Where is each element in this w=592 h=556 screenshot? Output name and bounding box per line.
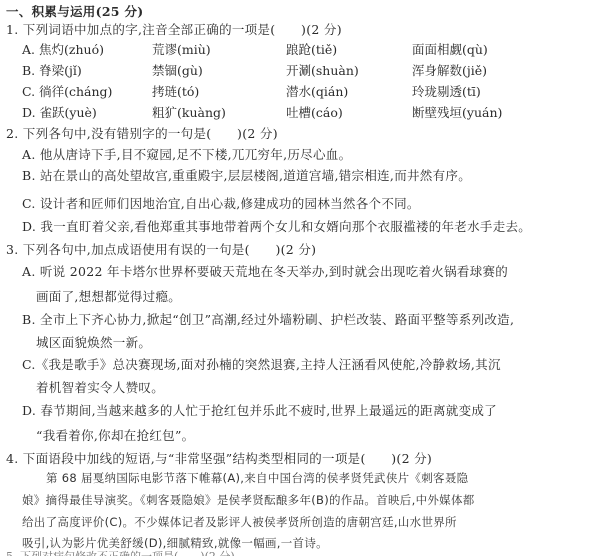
- q3-option-d-cont: “我看着你,你却在抢红包”。: [36, 426, 194, 444]
- exam-page: 一、积累与运用(25 分) 1. 下列词语中加点的字,注音全部正确的一项是( )…: [0, 0, 592, 556]
- q3-option-a-cont: 画面了,想想都觉得过瘾。: [36, 287, 181, 305]
- q3-option-a: A. 听说 2022 年卡塔尔世界杯要破天荒地在冬天举办,到时就会出现吃着火锅看…: [22, 262, 508, 280]
- q3-option-c: C.《我是歌手》总决赛现场,面对孙楠的突然退赛,主持人汪涵看风使舵,冷静救场,其…: [22, 355, 501, 373]
- q1-option-d: D. 雀跃(yuè) 粗犷(kuàng) 吐槽(cáo) 断壁残垣(yuán): [22, 103, 582, 121]
- q4-passage-line: 第 68 届戛纳国际电影节落下帷幕(A),来自中国台湾的侯孝贤凭武侠片《刺客聂隐: [46, 470, 468, 486]
- q3-option-c-cont: 着机智着实令人赞叹。: [36, 378, 164, 396]
- q2-stem: 2. 下列各句中,没有错别字的一句是( )(2 分): [6, 124, 278, 142]
- q2-option-c: C. 设计者和匠师们因地治宜,自出心裁,修建成功的园林当然各个不同。: [22, 194, 420, 212]
- q1-option-a: A. 焦灼(zhuó) 荒谬(miù) 踉跄(tiě) 面面相觑(qù): [22, 40, 582, 58]
- q1-stem: 1. 下列词语中加点的字,注音全部正确的一项是( )(2 分): [6, 20, 342, 38]
- q4-stem: 4. 下面语段中加线的短语,与“非常坚强”结构类型相同的一项是( )(2 分): [6, 449, 432, 467]
- section-title: 一、积累与运用(25 分): [6, 2, 143, 20]
- q2-option-b: B. 站在景山的高处望故宫,重重殿宇,层层楼阁,道道宫墙,错宗相连,而井然有序。: [22, 166, 471, 184]
- q3-option-b: B. 全市上下齐心协力,掀起“创卫”高潮,经过外墙粉刷、护栏改装、路面平整等系列…: [22, 310, 514, 328]
- q3-option-b-cont: 城区面貌焕然一新。: [36, 333, 151, 351]
- q2-option-d: D. 我一直盯着父亲,看他郑重其事地带着两个女儿和女婿向那个衣服褴褛的年老水手走…: [22, 217, 531, 235]
- q3-stem: 3. 下列各句中,加点成语使用有误的一句是( )(2 分): [6, 240, 316, 258]
- q3-option-d: D. 春节期间,当越来越多的人忙于抢红包并乐此不疲时,世界上最遥远的距离就变成了: [22, 401, 497, 419]
- q4-passage-line: 给出了高度评价(C)。不少媒体记者及影评人被侯孝贤所创造的唐朝宫廷,山水世界所: [22, 514, 457, 530]
- q2-option-a: A. 他从唐诗下手,目不窥园,足不下楼,兀兀穷年,历尽心血。: [22, 145, 351, 163]
- q1-option-b: B. 脊梁(jǐ) 禁锢(gù) 开涮(shuàn) 浑身解数(jiě): [22, 61, 582, 79]
- truncated-next-question: 5. 下列对病句修改不正确的一项是( )(2 分): [6, 548, 566, 556]
- q4-passage-line: 娘》摘得最佳导演奖。《刺客聂隐娘》是侯孝贤酝酿多年(B)的作品。首映后,中外媒体…: [22, 492, 475, 508]
- q1-option-c: C. 徜徉(cháng) 拷琏(tó) 潜水(qián) 玲珑剔透(tī): [22, 82, 582, 100]
